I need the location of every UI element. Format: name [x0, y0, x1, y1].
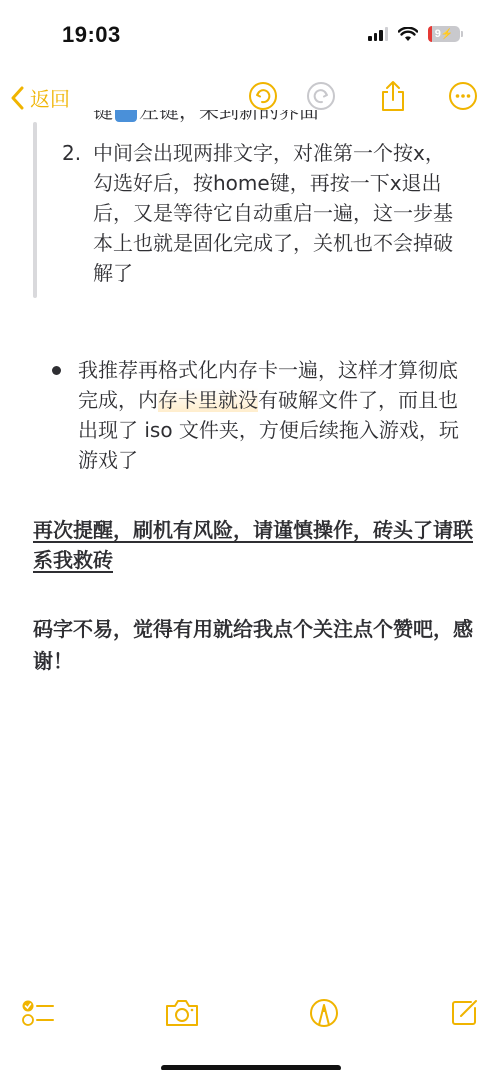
block-quote-bar [33, 122, 37, 298]
warning-text: 再次提醒，刷机有风险，请谨慎操作，砖头了请联系我救砖 [33, 515, 473, 575]
battery-charging-icon: 9⚡ [428, 26, 460, 42]
redo-icon [306, 81, 336, 111]
list-number: 2. [62, 138, 81, 168]
bottom-toolbar [0, 995, 500, 1035]
chevron-left-icon [10, 86, 24, 110]
checklist-icon [21, 998, 55, 1028]
cut-line-text-end: 左键，来到新的界面 [139, 110, 319, 123]
compose-button[interactable] [446, 995, 482, 1031]
compose-icon [449, 998, 479, 1028]
undo-icon [248, 81, 278, 111]
back-button[interactable]: 返回 [10, 83, 70, 112]
watermark-overlay: 存卡里就没 [158, 388, 258, 412]
home-indicator[interactable] [161, 1065, 341, 1070]
camera-icon [164, 998, 200, 1028]
markup-button[interactable] [306, 995, 342, 1031]
more-button[interactable] [448, 81, 478, 111]
bullet-list-item: 我推荐再格式化内存卡一遍，这样才算彻底完成，内存卡里就没有破解文件了，而且也出现… [78, 355, 468, 475]
cellular-signal-icon [368, 27, 388, 41]
share-icon [379, 80, 407, 112]
redo-button[interactable] [306, 81, 336, 111]
markup-pen-icon [309, 998, 339, 1028]
thanks-text: 码字不易，觉得有用就给我点个关注点个赞吧，感谢！ [33, 613, 473, 677]
cut-line-text-start: 键 [93, 110, 113, 123]
more-icon [448, 81, 478, 111]
status-time: 19:03 [62, 22, 121, 48]
bullet-icon [52, 366, 61, 375]
checklist-button[interactable] [20, 995, 56, 1031]
numbered-list-item-text: 中间会出现两排文字，对准第一个按x，勾选好后，按home键，再按一下x退出后，又… [93, 138, 463, 288]
cut-off-text-line: 键左键，来到新的界面 [93, 110, 319, 132]
wifi-icon [398, 27, 418, 42]
share-button[interactable] [378, 81, 408, 111]
undo-button[interactable] [248, 81, 278, 111]
camera-button[interactable] [164, 995, 200, 1031]
status-bar: 19:03 9⚡ [0, 0, 500, 70]
back-label: 返回 [30, 83, 70, 112]
status-icons: 9⚡ [368, 26, 460, 42]
keyboard-key-icon [115, 110, 137, 122]
